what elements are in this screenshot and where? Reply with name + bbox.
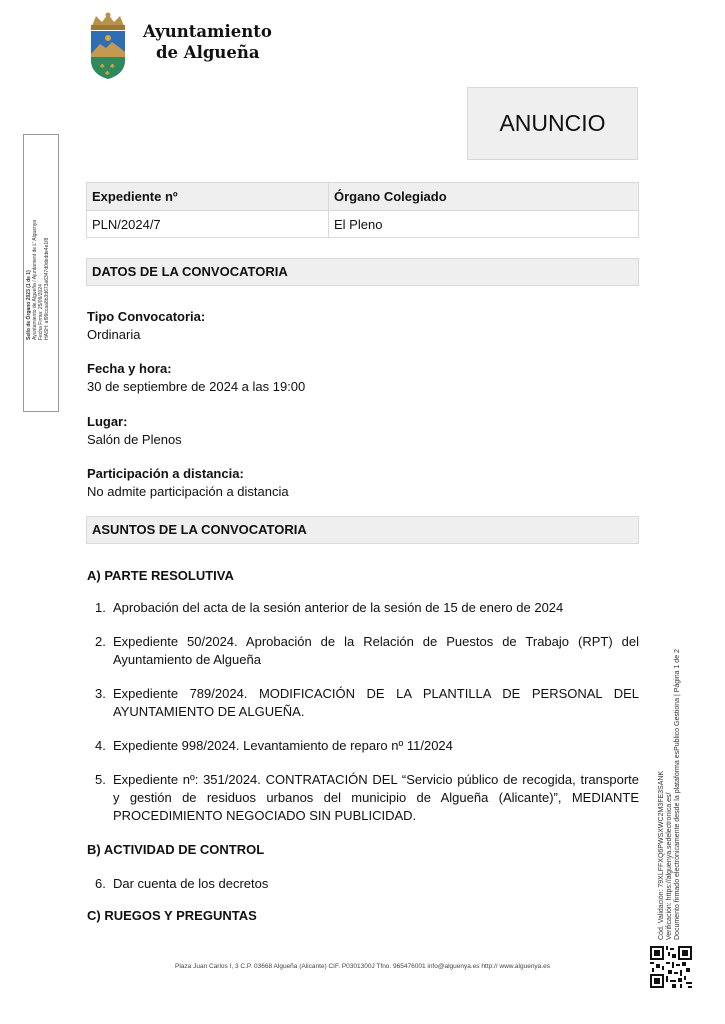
verification-text: Cód. Validación: 79XLFFXQ6PWSXWC2M3FE3SA… bbox=[658, 580, 682, 940]
signature-platform-note: Documento firmado electrónicamente desde… bbox=[674, 580, 682, 940]
list-item: 5. Expediente nº: 351/2024. CONTRATACIÓN… bbox=[95, 771, 639, 825]
expediente-table: Expediente nº Órgano Colegiado PLN/2024/… bbox=[86, 182, 639, 238]
item-number: 5. bbox=[95, 771, 113, 825]
item-number: 2. bbox=[95, 633, 113, 669]
verification-code: Cód. Validación: 79XLFFXQ6PWSXWC2M3FE3SA… bbox=[658, 580, 666, 940]
qr-code-icon[interactable] bbox=[650, 946, 692, 988]
expediente-value: PLN/2024/7 bbox=[87, 211, 329, 238]
subsection-actividad-control: B) ACTIVIDAD DE CONTROL bbox=[87, 842, 264, 857]
list-item: 1. Aprobación del acta de la sesión ante… bbox=[95, 599, 639, 617]
coat-of-arms-icon: ♣ ♣ ♣ bbox=[86, 12, 130, 80]
field-lugar: Lugar: Salón de Plenos bbox=[87, 413, 182, 449]
field-tipo-convocatoria: Tipo Convocatoria: Ordinaria bbox=[87, 308, 205, 344]
header-expediente: Expediente nº bbox=[87, 183, 329, 211]
verification-url[interactable]: Verificación: https://alguenya.sedelectr… bbox=[666, 580, 674, 940]
field-label: Tipo Convocatoria: bbox=[87, 308, 205, 326]
list-item: 6. Dar cuenta de los decretos bbox=[95, 875, 639, 893]
asuntos-section-header: ASUNTOS DE LA CONVOCATORIA bbox=[86, 516, 639, 544]
field-fecha-hora: Fecha y hora: 30 de septiembre de 2024 a… bbox=[87, 360, 305, 396]
field-value: 30 de septiembre de 2024 a las 19:00 bbox=[87, 378, 305, 396]
item-number: 4. bbox=[95, 737, 113, 755]
logo-line-1: Ayuntamiento bbox=[143, 22, 272, 41]
logo-title: Ayuntamiento de Algueña bbox=[143, 21, 272, 63]
document-type-box: ANUNCIO bbox=[467, 87, 638, 160]
subsection-ruegos-preguntas: C) RUEGOS Y PREGUNTAS bbox=[87, 908, 257, 923]
svg-text:♣: ♣ bbox=[105, 70, 110, 77]
field-label: Participación a distancia: bbox=[87, 465, 289, 483]
item-text: Expediente nº: 351/2024. CONTRATACIÓN DE… bbox=[113, 771, 639, 825]
list-item: 2. Expediente 50/2024. Aprobación de la … bbox=[95, 633, 639, 669]
field-label: Fecha y hora: bbox=[87, 360, 305, 378]
municipal-logo: ♣ ♣ ♣ Ayuntamiento de Algueña bbox=[86, 12, 266, 80]
stamp-line-4: HASH: af99ccaa8b3d673a6347d0dedde4e1f8 bbox=[44, 190, 50, 340]
item-text: Dar cuenta de los decretos bbox=[113, 875, 639, 893]
svg-text:♣: ♣ bbox=[110, 63, 115, 70]
datos-section-header: DATOS DE LA CONVOCATORIA bbox=[86, 258, 639, 286]
item-text: Expediente 50/2024. Aprobación de la Rel… bbox=[113, 633, 639, 669]
header-organo: Órgano Colegiado bbox=[329, 183, 639, 211]
item-number: 6. bbox=[95, 875, 113, 893]
item-text: Expediente 789/2024. MODIFICACIÓN DE LA … bbox=[113, 685, 639, 721]
item-number: 3. bbox=[95, 685, 113, 721]
item-number: 1. bbox=[95, 599, 113, 617]
table-row: PLN/2024/7 El Pleno bbox=[87, 211, 639, 238]
logo-line-2: de Algueña bbox=[143, 42, 272, 63]
svg-text:♣: ♣ bbox=[100, 63, 105, 70]
signature-stamp-text: Sello de Órgano 2023 (1 de 1) Ayuntamien… bbox=[26, 190, 50, 340]
table-header-row: Expediente nº Órgano Colegiado bbox=[87, 183, 639, 211]
list-item: 4. Expediente 998/2024. Levantamiento de… bbox=[95, 737, 639, 755]
field-value: No admite participación a distancia bbox=[87, 483, 289, 501]
organo-value: El Pleno bbox=[329, 211, 639, 238]
field-value: Salón de Plenos bbox=[87, 431, 182, 449]
footer-address: Plaza Juan Carlos I, 3 C.P. 03668 Algueñ… bbox=[0, 963, 725, 970]
list-item: 3. Expediente 789/2024. MODIFICACIÓN DE … bbox=[95, 685, 639, 721]
item-text: Aprobación del acta de la sesión anterio… bbox=[113, 599, 639, 617]
field-value: Ordinaria bbox=[87, 326, 205, 344]
field-participacion: Participación a distancia: No admite par… bbox=[87, 465, 289, 501]
field-label: Lugar: bbox=[87, 413, 182, 431]
item-text: Expediente 998/2024. Levantamiento de re… bbox=[113, 737, 639, 755]
subsection-parte-resolutiva: A) PARTE RESOLUTIVA bbox=[87, 568, 234, 583]
